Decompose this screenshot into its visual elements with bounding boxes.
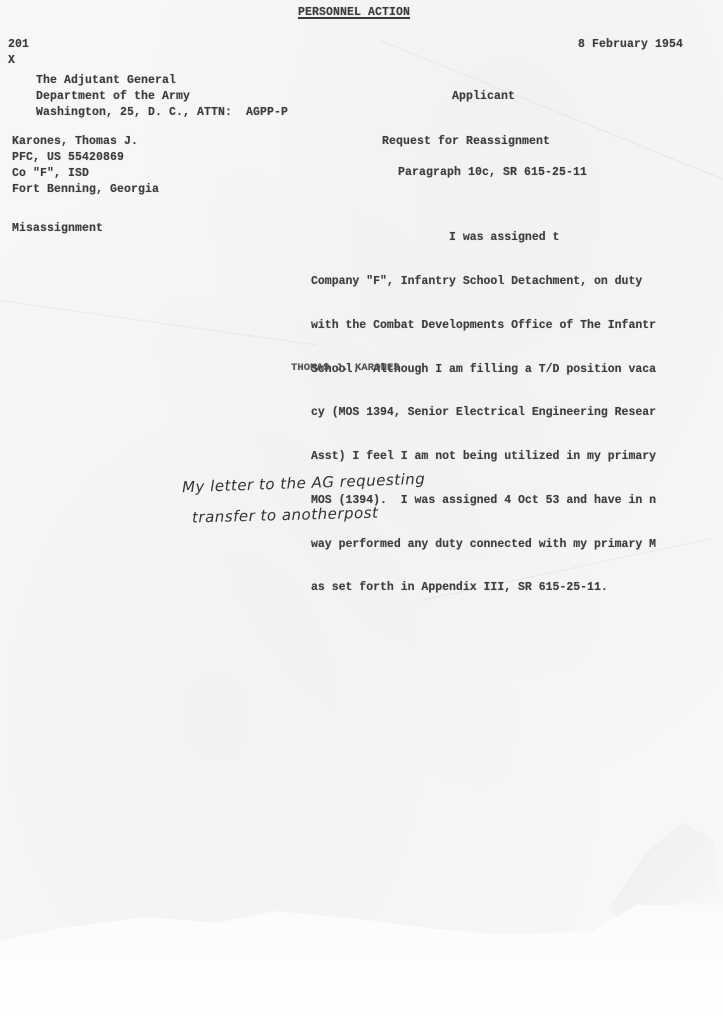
file-mark: X bbox=[8, 54, 15, 67]
applicant-line: Karones, Thomas J. bbox=[12, 135, 138, 148]
body-line: with the Combat Developments Office of T… bbox=[311, 319, 656, 334]
body-line: way performed any duty connected with my… bbox=[311, 538, 656, 553]
paper-crease bbox=[0, 300, 317, 346]
body-line: cy (MOS 1394, Senior Electrical Engineer… bbox=[311, 406, 656, 421]
addressee-line: The Adjutant General bbox=[36, 74, 176, 87]
document-page: PERSONNEL ACTION 201 X 8 February 1954 T… bbox=[0, 0, 723, 1024]
applicant-line: PFC, US 55420869 bbox=[12, 151, 124, 164]
topic-label: Misassignment bbox=[12, 222, 103, 235]
document-heading: PERSONNEL ACTION bbox=[298, 6, 410, 19]
torn-bottom-edge bbox=[0, 905, 723, 1024]
applicant-line: Co "F", ISD bbox=[12, 167, 89, 180]
letter-date: 8 February 1954 bbox=[578, 38, 683, 51]
body-line: Asst) I feel I am not being utilized in … bbox=[311, 450, 656, 465]
addressee-line: Washington, 25, D. C., ATTN: AGPP-P bbox=[36, 106, 288, 119]
body-line: Company "F", Infantry School Detachment,… bbox=[311, 275, 656, 290]
signature: THOMAS J. KARONES bbox=[291, 362, 400, 374]
body-line: I was assigned t bbox=[311, 231, 656, 246]
letter-body: I was assigned t Company "F", Infantry S… bbox=[311, 216, 656, 625]
file-code: 201 bbox=[8, 38, 29, 51]
subject-line: Request for Reassignment bbox=[382, 135, 550, 148]
role-label: Applicant bbox=[452, 90, 515, 103]
body-line: as set forth in Appendix III, SR 615-25-… bbox=[311, 581, 656, 596]
applicant-line: Fort Benning, Georgia bbox=[12, 183, 159, 196]
reference-line: Paragraph 10c, SR 615-25-11 bbox=[398, 166, 587, 179]
addressee-line: Department of the Army bbox=[36, 90, 190, 103]
